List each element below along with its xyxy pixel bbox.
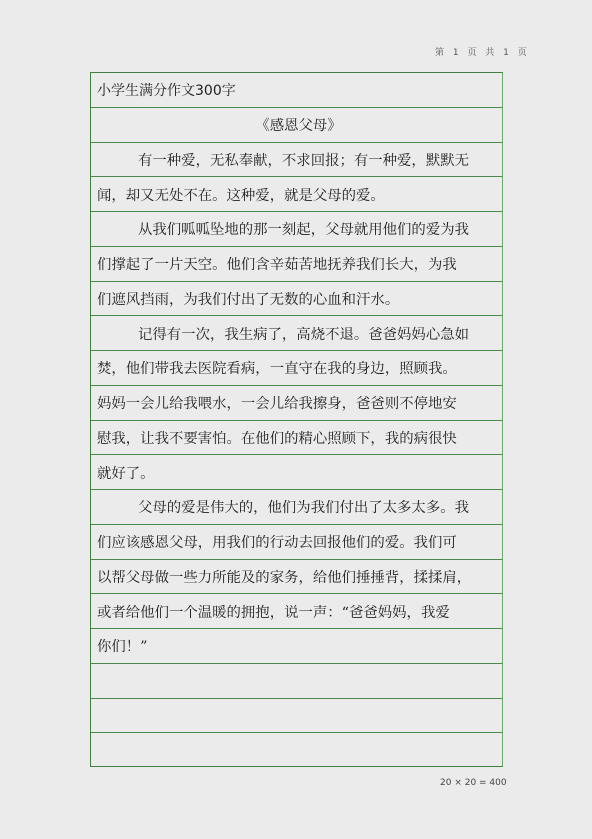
text-line: 们撑起了一片天空。他们含辛茹苦地抚养我们长大，为我: [91, 247, 502, 282]
grid-size-footer: 20 × 20 = 400: [440, 778, 507, 788]
composition-grid: 小学生满分作文300字 《感恩父母》 有一种爱，无私奉献，不求回报；有一种爱，默…: [90, 72, 503, 767]
text-line: 焚，他们带我去医院看病，一直守在我的身边，照顾我。: [91, 351, 502, 386]
text-line: 以帮父母做一些力所能及的家务，给他们捶捶背，揉揉肩，: [91, 560, 502, 595]
text-line: 记得有一次，我生病了，高烧不退。爸爸妈妈心急如: [91, 316, 502, 351]
text-line: 们遮风挡雨，为我们付出了无数的心血和汗水。: [91, 282, 502, 317]
essay-category-title: 小学生满分作文300字: [91, 73, 502, 108]
page-indicator: 第 1 页 共 1 页: [435, 45, 530, 58]
empty-line: [91, 699, 502, 734]
text-line: 父母的爱是伟大的，他们为我们付出了太多太多。我: [91, 490, 502, 525]
text-line: 从我们呱呱坠地的那一刻起，父母就用他们的爱为我: [91, 212, 502, 247]
text-line: 有一种爱，无私奉献，不求回报；有一种爱，默默无: [91, 143, 502, 178]
empty-line: [91, 733, 502, 768]
text-line: 妈妈一会儿给我喂水，一会儿给我擦身，爸爸则不停地安: [91, 386, 502, 421]
text-line: 你们！”: [91, 629, 502, 664]
text-line: 们应该感恩父母，用我们的行动去回报他们的爱。我们可: [91, 525, 502, 560]
text-line: 或者给他们一个温暖的拥抱，说一声：“爸爸妈妈，我爱: [91, 594, 502, 629]
empty-line: [91, 664, 502, 699]
essay-heading: 《感恩父母》: [91, 108, 502, 143]
text-line: 就好了。: [91, 455, 502, 490]
text-line: 慰我，让我不要害怕。在他们的精心照顾下，我的病很快: [91, 421, 502, 456]
text-line: 闻，却又无处不在。这种爱，就是父母的爱。: [91, 177, 502, 212]
